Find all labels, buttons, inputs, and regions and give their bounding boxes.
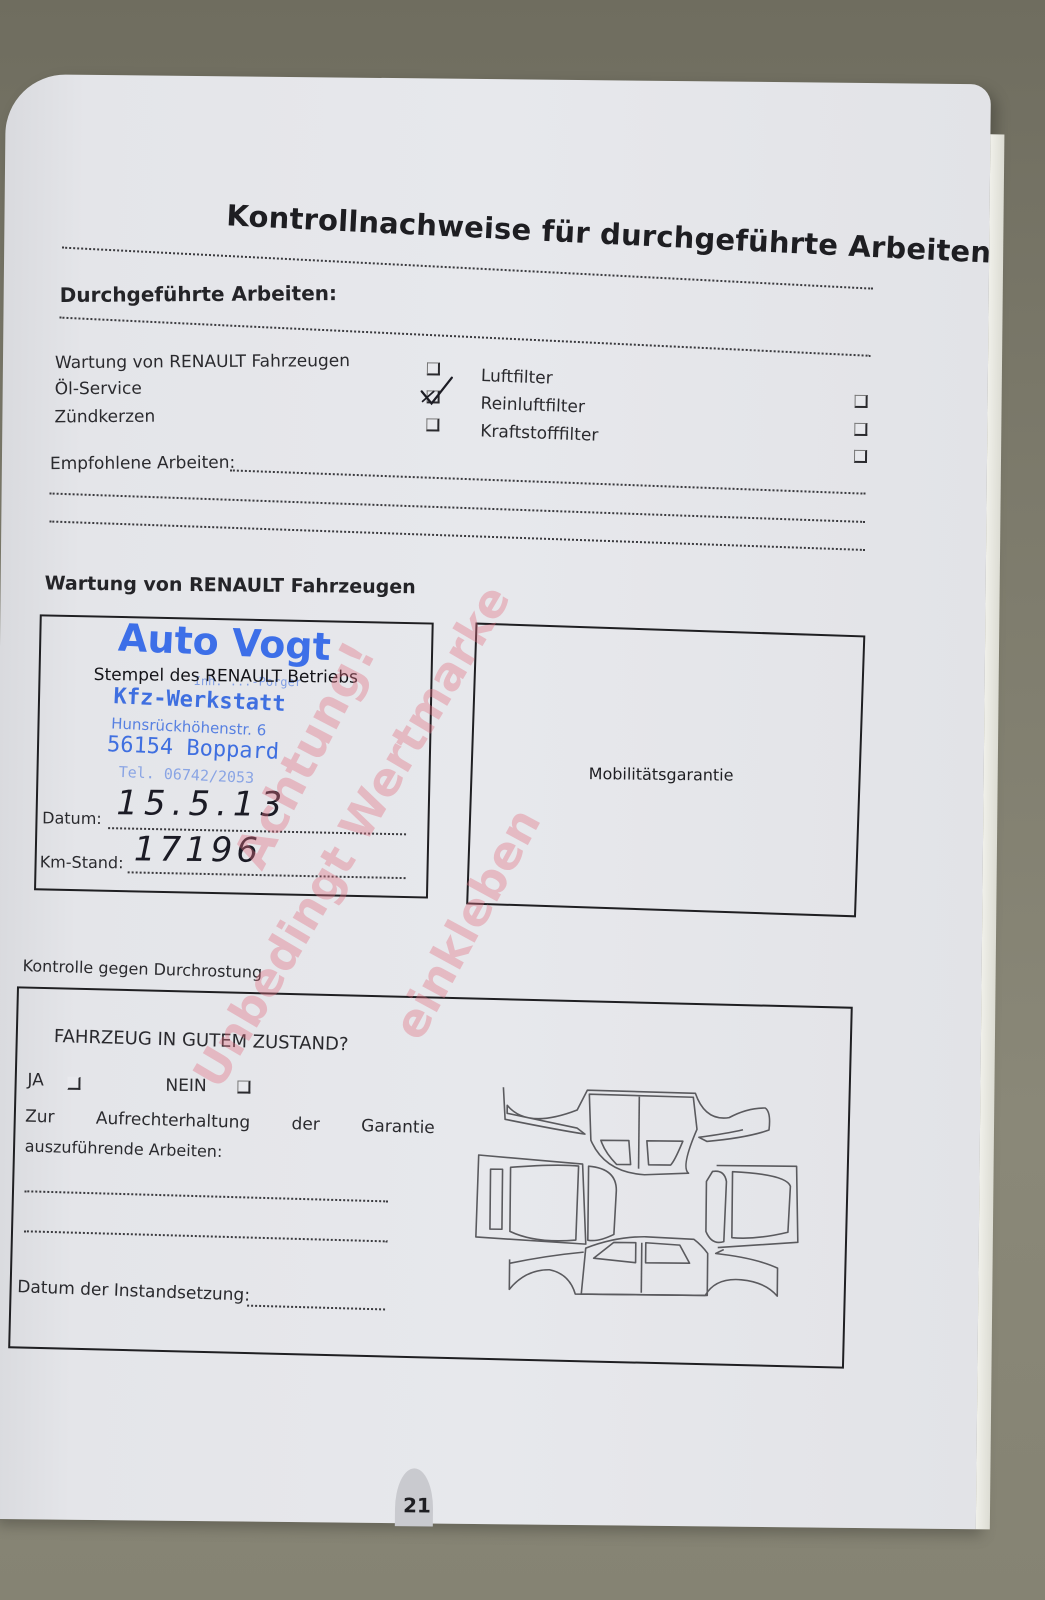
km-label: Km-Stand:	[40, 852, 124, 872]
km-value[interactable]: 17196	[134, 829, 263, 870]
checkbox-luftfilter[interactable]	[855, 395, 868, 408]
car-body-diagram-icon[interactable]	[465, 1079, 807, 1303]
recommended-work-line-1[interactable]	[230, 469, 866, 494]
item-kraftstofffilter-label: Kraftstofffilter	[480, 421, 599, 445]
work-done-heading: Durchgeführte Arbeiten:	[60, 281, 337, 307]
item-luftfilter-label: Luftfilter	[481, 366, 554, 389]
corrosion-heading: Kontrolle gegen Durchrostung	[22, 956, 262, 982]
item-zuendkerzen-label: Zündkerzen	[54, 407, 155, 428]
page-number: 21	[403, 1493, 431, 1517]
checkbox-yes[interactable]	[67, 1077, 80, 1090]
recommended-work-line-2[interactable]	[50, 492, 866, 522]
mobility-guarantee-label: Mobilitätsgarantie	[589, 764, 734, 785]
handwritten-check-icon	[420, 375, 456, 409]
item-oel-service-label: Öl-Service	[55, 379, 142, 400]
checkbox-wartung[interactable]	[427, 362, 440, 375]
item-reinluftfilter-label: Reinluftfilter	[480, 394, 585, 418]
checkbox-oel-service[interactable]	[427, 390, 440, 403]
checkbox-no[interactable]	[237, 1080, 250, 1093]
date-label: Datum:	[42, 808, 102, 828]
booklet-page: Kontrollnachweise für durchgeführte Arbe…	[0, 74, 991, 1529]
date-value[interactable]: 15.5.13	[116, 783, 288, 825]
recommended-work-line-3[interactable]	[49, 520, 865, 550]
checkbox-kraftstofffilter[interactable]	[854, 450, 867, 463]
page-edge	[976, 134, 1005, 1529]
stamp-label: Stempel des RENAULT Betriebs	[94, 665, 358, 688]
recommended-work-label: Empfohlene Arbeiten:	[50, 453, 235, 474]
checkbox-reinluftfilter[interactable]	[854, 423, 867, 436]
checkbox-zuendkerzen[interactable]	[426, 418, 439, 431]
no-label: NEIN	[165, 1076, 206, 1096]
yes-label: JA	[27, 1070, 44, 1090]
maintenance-heading: Wartung von RENAULT Fahrzeugen	[45, 572, 416, 598]
work-done-divider	[59, 317, 870, 357]
item-wartung-label: Wartung von RENAULT Fahrzeugen	[55, 351, 350, 373]
page-title: Kontrollnachweise für durchgeführte Arbe…	[226, 198, 992, 269]
